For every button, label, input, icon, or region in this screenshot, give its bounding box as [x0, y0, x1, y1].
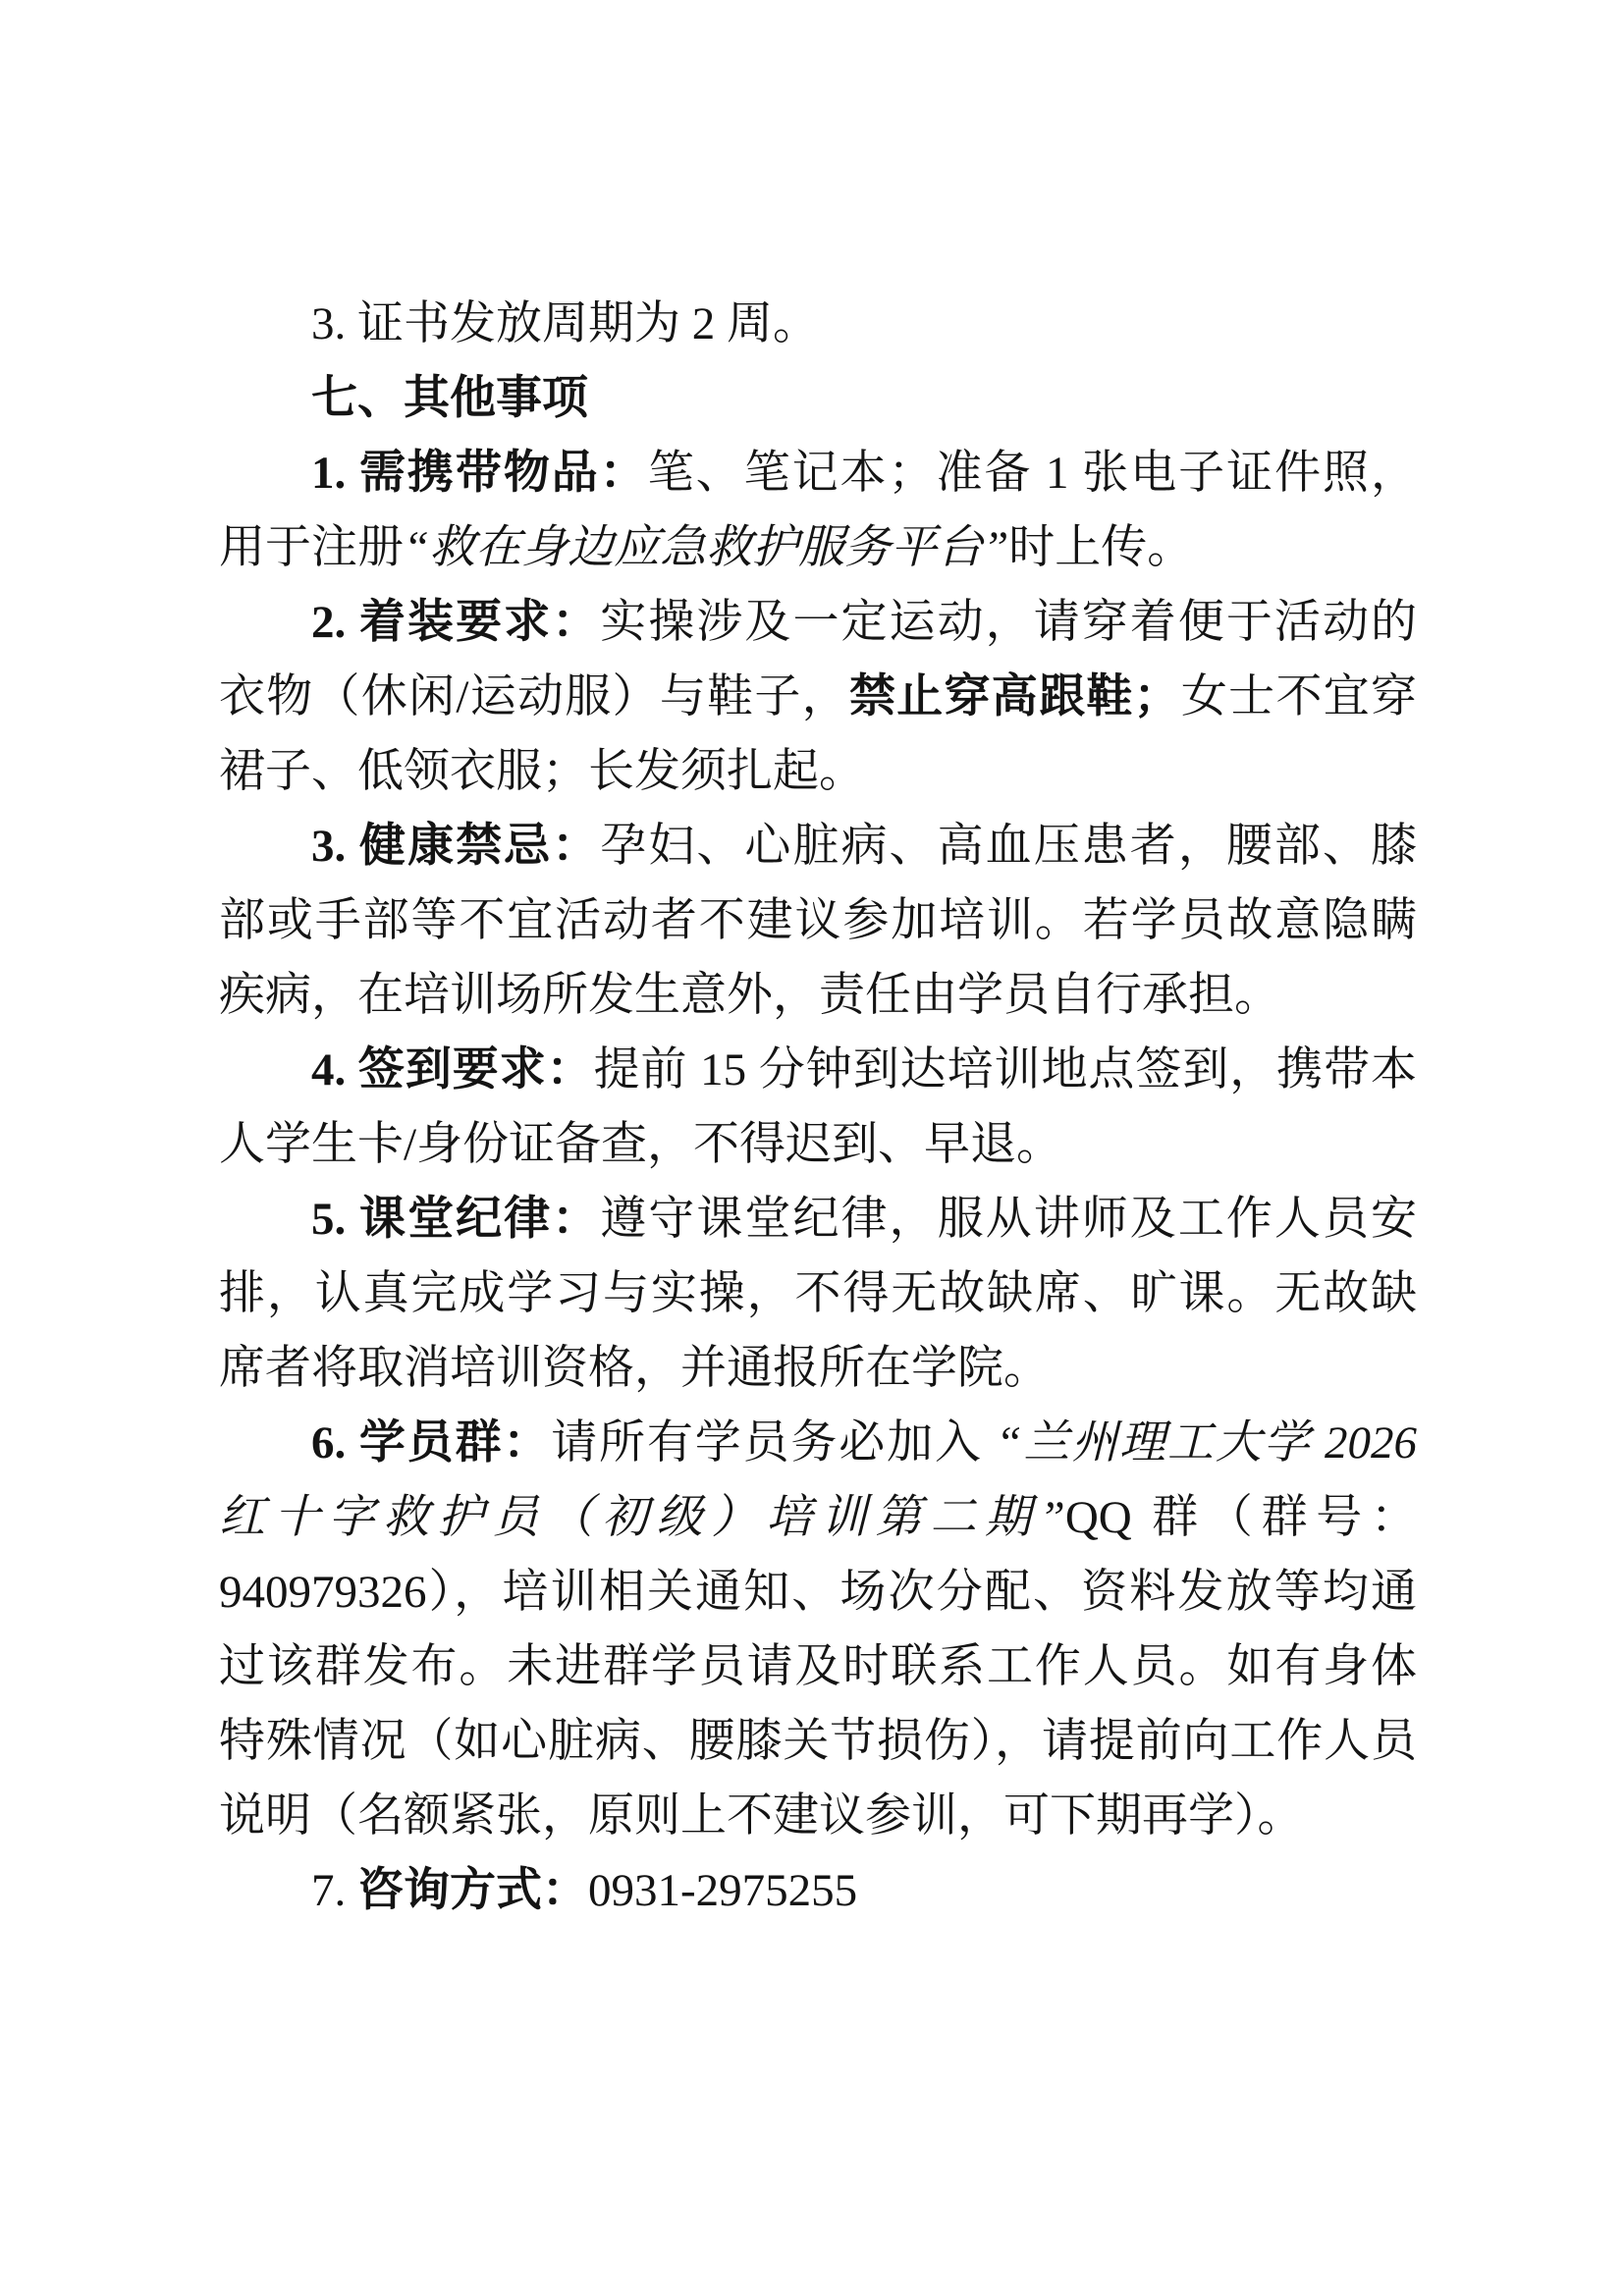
- text-run: QQ 群（群号：940979326），培训相关通知、场次分配、资料发放等均通过该…: [219, 1492, 1417, 1842]
- section-heading-other-matters: 七、其他事项: [219, 361, 1417, 436]
- paragraph-cert-period: 3. 证书发放周期为 2 周。: [219, 287, 1417, 361]
- item-label: 1. 需携带物品：: [311, 448, 648, 499]
- item-label: 2. 着装要求：: [311, 597, 600, 648]
- paragraph-class-discipline: 5. 课堂纪律：遵守课堂纪律，服从讲师及工作人员安排，认真完成学习与实操，不得无…: [219, 1182, 1417, 1406]
- emphasis-no-high-heels: 禁止穿高跟鞋；: [849, 671, 1180, 722]
- paragraph-check-in: 4. 签到要求：提前 15 分钟到达培训地点签到，携带本人学生卡/身份证备查，不…: [219, 1033, 1417, 1182]
- item-label: 咨询方式：: [357, 1865, 588, 1916]
- paragraph-student-group: 6. 学员群：请所有学员务必加入 “兰州理工大学 2026 红十字救护员（初级）…: [219, 1406, 1417, 1853]
- item-label: 5. 课堂纪律：: [311, 1194, 600, 1245]
- paragraph-items-to-bring: 1. 需携带物品：笔、笔记本；准备 1 张电子证件照，用于注册“救在身边应急救护…: [219, 436, 1417, 585]
- platform-name: “救在身边应急救护服务平台”: [404, 522, 1008, 573]
- paragraph-contact: 7. 咨询方式：0931-2975255: [219, 1853, 1417, 1928]
- contact-phone-number: 0931-2975255: [588, 1865, 857, 1916]
- item-label: 3. 健康禁忌：: [311, 821, 600, 872]
- text-run: 七、其他事项: [311, 373, 588, 424]
- document-body: 3. 证书发放周期为 2 周。 七、其他事项 1. 需携带物品：笔、笔记本；准备…: [219, 287, 1417, 1928]
- text-run: 3. 证书发放周期为 2 周。: [311, 298, 819, 349]
- text-run: 7.: [311, 1865, 357, 1916]
- document-page: 3. 证书发放周期为 2 周。 七、其他事项 1. 需携带物品：笔、笔记本；准备…: [0, 0, 1624, 2296]
- text-run: 请所有学员务必加入: [551, 1417, 996, 1468]
- item-label: 4. 签到要求：: [311, 1044, 594, 1095]
- text-run: 时上传。: [1008, 522, 1193, 573]
- paragraph-health-restrictions: 3. 健康禁忌：孕妇、心脏病、高血压患者，腰部、膝部或手部等不宜活动者不建议参加…: [219, 809, 1417, 1033]
- paragraph-dress-code: 2. 着装要求：实操涉及一定运动，请穿着便于活动的衣物（休闲/运动服）与鞋子，禁…: [219, 585, 1417, 809]
- item-label: 6. 学员群：: [311, 1417, 551, 1468]
